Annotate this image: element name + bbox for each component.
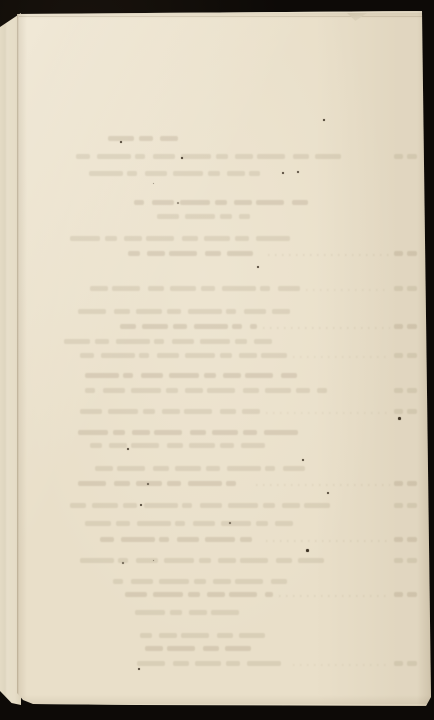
foxing-speck bbox=[153, 183, 154, 184]
foxing-speck bbox=[140, 504, 142, 506]
foxing-speck bbox=[306, 549, 309, 552]
foxing-speck bbox=[122, 562, 124, 564]
foxing-speck bbox=[257, 266, 259, 268]
foxing-speck bbox=[398, 417, 401, 420]
foxing-speck bbox=[327, 492, 329, 494]
scanned-document-photo bbox=[0, 0, 434, 720]
foxing-speck bbox=[297, 171, 299, 173]
foxing-speck bbox=[181, 157, 183, 159]
book-page bbox=[17, 11, 431, 707]
foxing-speck bbox=[323, 119, 325, 121]
foxing-speck bbox=[229, 522, 231, 524]
foxing-specks-layer bbox=[17, 11, 431, 707]
foxing-speck bbox=[153, 560, 154, 561]
foxing-speck bbox=[120, 141, 122, 143]
foxing-speck bbox=[302, 459, 304, 461]
foxing-speck bbox=[177, 202, 179, 204]
foxing-speck bbox=[147, 483, 149, 485]
foxing-speck bbox=[127, 448, 129, 450]
foxing-speck bbox=[282, 172, 284, 174]
foxing-speck bbox=[138, 668, 140, 670]
